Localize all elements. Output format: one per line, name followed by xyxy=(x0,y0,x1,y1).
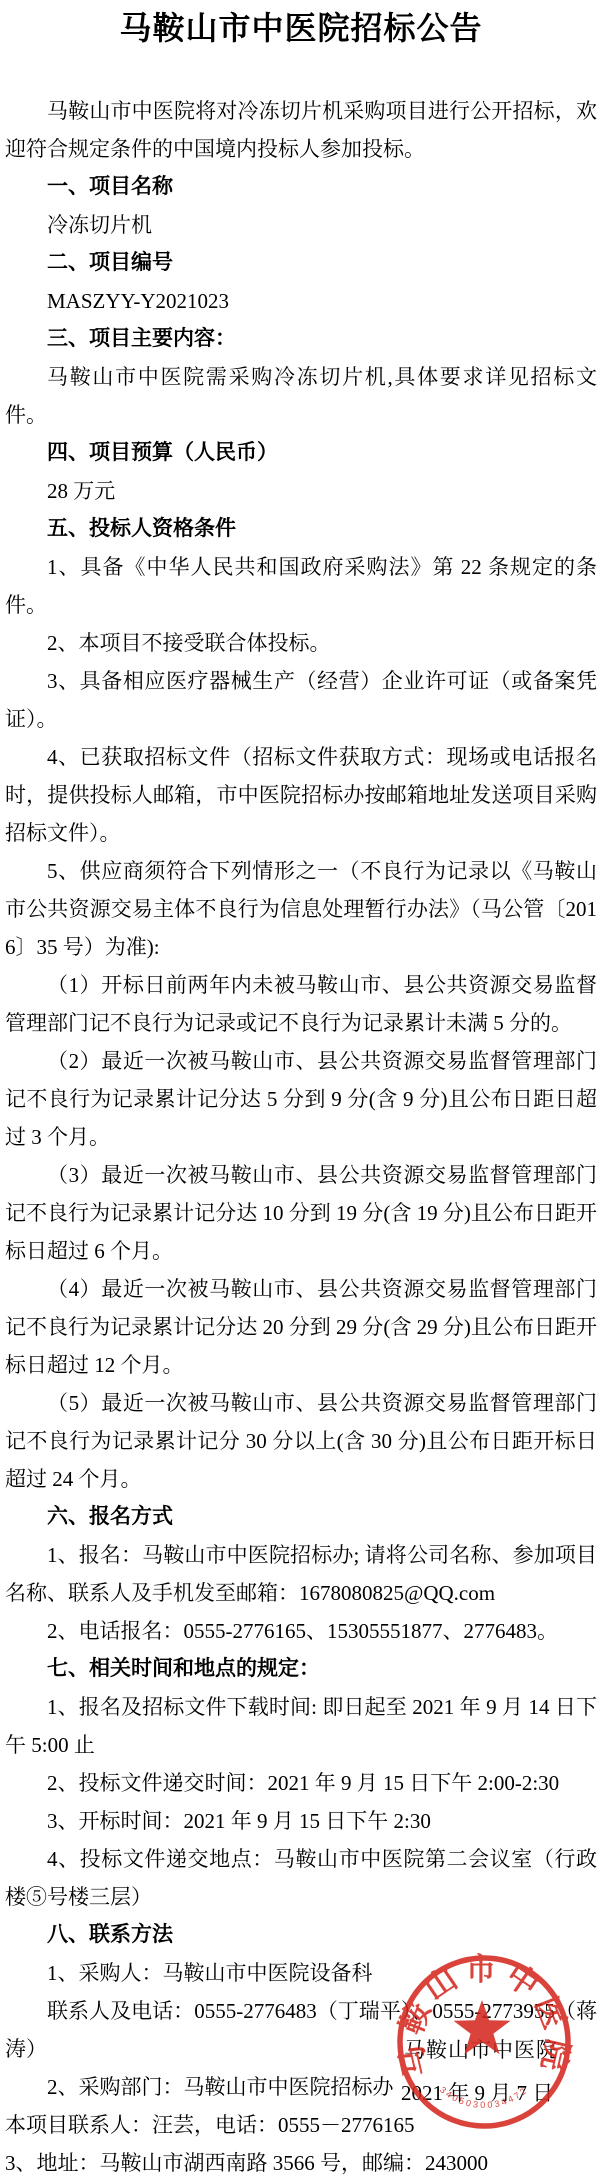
section-heading: 四、项目预算（人民币） xyxy=(5,434,597,472)
paragraph: 3、具备相应医疗器械生产（经营）企业许可证（或备案凭证）。 xyxy=(5,662,597,738)
paragraph: 1、报名及招标文件下载时间: 即日起至 2021 年 9 月 14 日下午 5:… xyxy=(5,1688,597,1764)
paragraph: 2、投标文件递交时间：2021 年 9 月 15 日下午 2:00-2:30 xyxy=(5,1764,597,1802)
section-heading: 二、项目编号 xyxy=(5,244,597,282)
paragraph: 1、报名：马鞍山市中医院招标办; 请将公司名称、参加项目名称、联系人及手机发至邮… xyxy=(5,1536,597,1612)
section-heading: 七、相关时间和地点的规定： xyxy=(5,1650,597,1688)
paragraph: （3）最近一次被马鞍山市、县公共资源交易监督管理部门记不良行为记录累计记分达 1… xyxy=(5,1156,597,1270)
paragraph: （4）最近一次被马鞍山市、县公共资源交易监督管理部门记不良行为记录累计记分达 2… xyxy=(5,1270,597,1384)
document-body: 马鞍山市中医院将对冷冻切片机采购项目进行公开招标，欢迎符合规定条件的中国境内投标… xyxy=(0,92,602,2182)
paragraph: 5、供应商须符合下列情形之一（不良行为记录以《马鞍山市公共资源交易主体不良行为信… xyxy=(5,852,597,966)
paragraph: 2、电话报名：0555-2776165、15305551877、2776483。 xyxy=(5,1612,597,1650)
svg-text:3405030034472: 3405030034472 xyxy=(438,2085,530,2111)
paragraph: 1、具备《中华人民共和国政府采购法》第 22 条规定的条件。 xyxy=(5,548,597,624)
paragraph: 4、投标文件递交地点：马鞍山市中医院第二会议室（行政楼⑤号楼三层） xyxy=(5,1840,597,1916)
paragraph: 4、已获取招标文件（招标文件获取方式：现场或电话报名时，提供投标人邮箱，市中医院… xyxy=(5,738,597,852)
paragraph: （1）开标日前两年内未被马鞍山市、县公共资源交易监督管理部门记不良行为记录或记不… xyxy=(5,966,597,1042)
section-heading: 六、报名方式 xyxy=(5,1498,597,1536)
signature-block: 马鞍山市中医院 2021 年 9 月 7 日 马鞍山市中医院 340503003… xyxy=(0,1950,602,2159)
paragraph: 马鞍山市中医院将对冷冻切片机采购项目进行公开招标，欢迎符合规定条件的中国境内投标… xyxy=(5,92,597,168)
section-heading: 一、项目名称 xyxy=(5,168,597,206)
paragraph: MASZYY-Y2021023 xyxy=(5,282,597,320)
seal-code: 3405030034472 xyxy=(438,2085,530,2111)
paragraph: 28 万元 xyxy=(5,472,597,510)
section-heading: 三、项目主要内容： xyxy=(5,320,597,358)
star-icon xyxy=(454,2000,511,2054)
section-heading: 八、联系方法 xyxy=(5,1916,597,1954)
paragraph: 3、开标时间：2021 年 9 月 15 日下午 2:30 xyxy=(5,1802,597,1840)
paragraph: 冷冻切片机 xyxy=(5,206,597,244)
official-seal-icon: 马鞍山市中医院 3405030034472 xyxy=(394,1952,574,2132)
section-heading: 五、投标人资格条件 xyxy=(5,510,597,548)
document-title: 马鞍山市中医院招标公告 xyxy=(0,0,602,50)
paragraph: （5）最近一次被马鞍山市、县公共资源交易监督管理部门记不良行为记录累计记分 30… xyxy=(5,1384,597,1498)
tender-announcement-page: 马鞍山市中医院招标公告 马鞍山市中医院将对冷冻切片机采购项目进行公开招标，欢迎符… xyxy=(0,0,602,2182)
paragraph: 2、本项目不接受联合体投标。 xyxy=(5,624,597,662)
paragraph: （2）最近一次被马鞍山市、县公共资源交易监督管理部门记不良行为记录累计记分达 5… xyxy=(5,1042,597,1156)
paragraph: 马鞍山市中医院需采购冷冻切片机,具体要求详见招标文件。 xyxy=(5,358,597,434)
